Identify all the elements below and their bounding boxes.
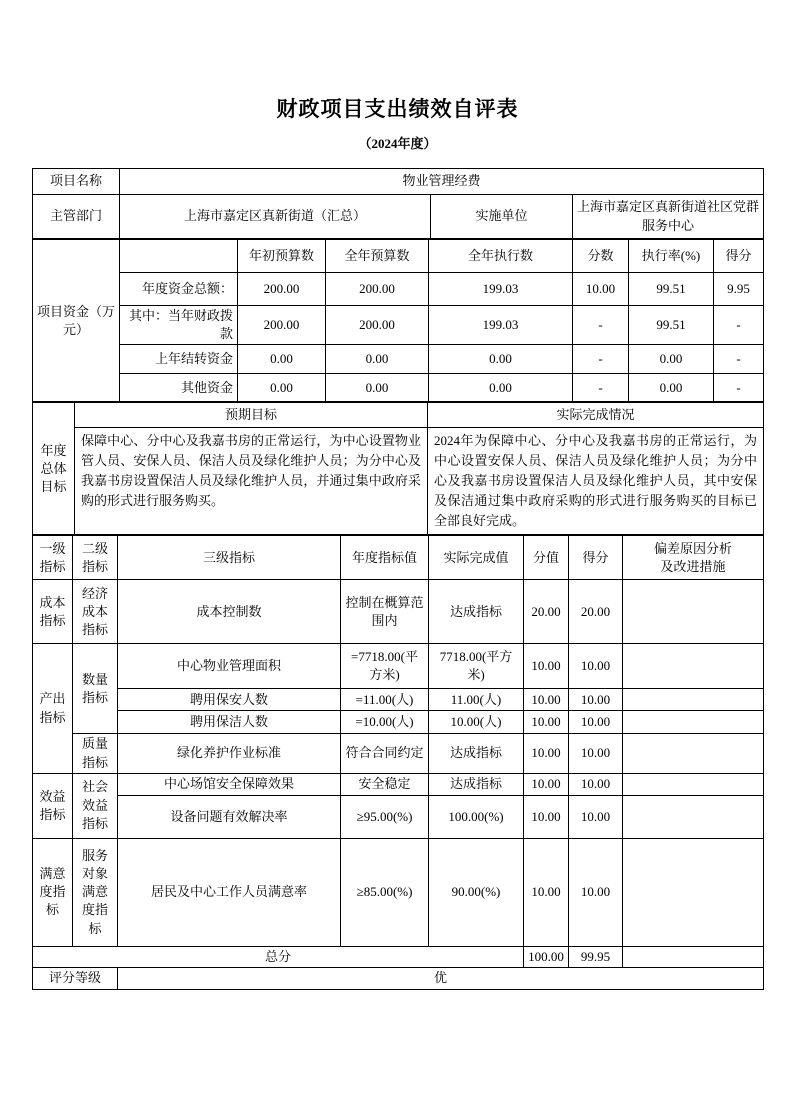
indicator-header-score: 得分 xyxy=(569,536,623,580)
lvl2-indicator-cell: 服务对象满意度指标 xyxy=(73,838,118,946)
funding-value-cell: 0.00 xyxy=(326,374,429,402)
funding-header-empty-cell xyxy=(120,240,238,273)
funding-row-label: 上年结转资金 xyxy=(120,345,238,374)
lvl3-indicator-cell: 聘用保安人数 xyxy=(118,689,341,711)
goal-header-row: 年度总体目标 预期目标 实际完成情况 xyxy=(33,403,764,428)
project-name-value-cell: 物业管理经费 xyxy=(120,169,764,195)
funding-row-label: 年度资金总额： xyxy=(120,273,238,306)
lvl2-indicator-cell: 经济成本指标 xyxy=(73,580,118,644)
funding-header-annual-budget: 全年预算数 xyxy=(326,240,429,273)
lvl2-indicator-cell: 质量指标 xyxy=(73,734,118,773)
indicator-header-target: 年度指标值 xyxy=(341,536,429,580)
lvl1-indicator-cell: 满意度指标 xyxy=(33,838,73,946)
indicator-row: 设备问题有效解决率 ≥95.00(%) 100.00(%) 10.00 10.0… xyxy=(33,795,764,838)
funding-value-cell: 0.00 xyxy=(238,374,326,402)
indicator-row: 聘用保安人数 =11.00(人) 11.00(人) 10.00 10.00 xyxy=(33,689,764,711)
funding-value-cell: 0.00 xyxy=(238,345,326,374)
deviation-cell xyxy=(623,838,764,946)
deviation-cell xyxy=(623,580,764,644)
points-cell: 20.00 xyxy=(524,580,569,644)
points-cell: 10.00 xyxy=(524,711,569,734)
funding-header-points: 分数 xyxy=(573,240,629,273)
lvl1-indicator-cell: 效益指标 xyxy=(33,773,73,838)
indicator-table: 一级指标 二级指标 三级指标 年度指标值 实际完成值 分值 得分 偏差原因分析 … xyxy=(32,535,764,990)
funding-value-cell: 199.03 xyxy=(429,306,573,345)
indicator-header-lvl2: 二级指标 xyxy=(73,536,118,580)
actual-value-cell: 11.00(人) xyxy=(429,689,524,711)
funding-value-cell: - xyxy=(573,374,629,402)
target-value-cell: 安全稳定 xyxy=(341,773,429,795)
rating-row: 评分等级 优 xyxy=(33,967,764,989)
document-page: 财政项目支出绩效自评表 （2024年度） 项目名称 物业管理经费 主管部门 上海… xyxy=(0,0,794,1108)
indicator-row: 聘用保洁人数 =10.00(人) 10.00(人) 10.00 10.00 xyxy=(33,711,764,734)
points-cell: 10.00 xyxy=(524,838,569,946)
total-label-cell: 总分 xyxy=(33,946,524,967)
expected-goal-text-cell: 保障中心、分中心及我嘉书房的正常运行，为中心设置物业管人员、安保人员、保洁人员及… xyxy=(75,428,428,535)
lvl3-indicator-cell: 设备问题有效解决率 xyxy=(118,795,341,838)
score-cell: 10.00 xyxy=(569,795,623,838)
funding-header-executed: 全年执行数 xyxy=(429,240,573,273)
funding-value-cell: 0.00 xyxy=(429,345,573,374)
funding-value-cell: - xyxy=(714,374,764,402)
funding-value-cell: - xyxy=(714,306,764,345)
impl-unit-value-cell: 上海市嘉定区真新街道社区党群服务中心 xyxy=(573,195,764,239)
indicator-header-points: 分值 xyxy=(524,536,569,580)
rating-label-cell: 评分等级 xyxy=(33,967,118,989)
total-points-cell: 100.00 xyxy=(524,946,569,967)
funding-header-initial-budget: 年初预算数 xyxy=(238,240,326,273)
target-value-cell: =11.00(人) xyxy=(341,689,429,711)
lvl3-indicator-cell: 成本控制数 xyxy=(118,580,341,644)
indicator-row: 产出指标 数量指标 中心物业管理面积 =7718.00(平方米) 7718.00… xyxy=(33,644,764,689)
total-score-cell: 99.95 xyxy=(569,946,623,967)
dept-value-cell: 上海市嘉定区真新街道（汇总） xyxy=(120,195,431,239)
funding-value-cell: 0.00 xyxy=(429,374,573,402)
target-value-cell: 控制在概算范围内 xyxy=(341,580,429,644)
actual-value-cell: 达成指标 xyxy=(429,773,524,795)
page-title: 财政项目支出绩效自评表 xyxy=(32,96,763,122)
funding-value-cell: - xyxy=(573,306,629,345)
funding-value-cell: 0.00 xyxy=(629,345,714,374)
actual-completion-header-cell: 实际完成情况 xyxy=(428,403,764,428)
deviation-cell xyxy=(623,734,764,773)
funding-value-cell: 0.00 xyxy=(326,345,429,374)
funding-value-cell: 200.00 xyxy=(238,306,326,345)
indicator-header-lvl3: 三级指标 xyxy=(118,536,341,580)
indicator-header-deviation: 偏差原因分析 及改进措施 xyxy=(623,536,764,580)
total-deviation-cell xyxy=(623,946,764,967)
score-cell: 20.00 xyxy=(569,580,623,644)
funding-value-cell: 99.51 xyxy=(629,273,714,306)
lvl1-indicator-cell: 成本指标 xyxy=(33,580,73,644)
indicator-row: 满意度指标 服务对象满意度指标 居民及中心工作人员满意率 ≥85.00(%) 9… xyxy=(33,838,764,946)
deviation-cell xyxy=(623,773,764,795)
score-cell: 10.00 xyxy=(569,689,623,711)
rating-value-cell: 优 xyxy=(118,967,764,989)
indicator-row: 质量指标 绿化养护作业标准 符合合同约定 达成指标 10.00 10.00 xyxy=(33,734,764,773)
project-name-label-cell: 项目名称 xyxy=(33,169,120,195)
dept-label-cell: 主管部门 xyxy=(33,195,120,239)
actual-completion-text-cell: 2024年为保障中心、分中心及我嘉书房的正常运行，为中心设置安保人员、保洁人员及… xyxy=(428,428,764,535)
deviation-cell xyxy=(623,711,764,734)
target-value-cell: ≥85.00(%) xyxy=(341,838,429,946)
lvl3-indicator-cell: 聘用保洁人数 xyxy=(118,711,341,734)
funding-value-cell: 0.00 xyxy=(629,374,714,402)
funding-row-other: 其他资金 0.00 0.00 0.00 - 0.00 - xyxy=(33,374,764,402)
project-name-row: 项目名称 物业管理经费 xyxy=(33,169,764,195)
score-cell: 10.00 xyxy=(569,711,623,734)
funding-row-fiscal: 其中：当年财政拨款 200.00 200.00 199.03 - 99.51 - xyxy=(33,306,764,345)
funding-value-cell: 200.00 xyxy=(326,306,429,345)
impl-unit-label-cell: 实施单位 xyxy=(431,195,573,239)
funding-table: 项目资金（万元） 年初预算数 全年预算数 全年执行数 分数 执行率(%) 得分 … xyxy=(32,239,764,402)
target-value-cell: =10.00(人) xyxy=(341,711,429,734)
points-cell: 10.00 xyxy=(524,689,569,711)
funding-header-score: 得分 xyxy=(714,240,764,273)
score-cell: 10.00 xyxy=(569,734,623,773)
expected-goal-header-cell: 预期目标 xyxy=(75,403,428,428)
target-value-cell: ≥95.00(%) xyxy=(341,795,429,838)
actual-value-cell: 7718.00(平方米) xyxy=(429,644,524,689)
funding-value-cell: 9.95 xyxy=(714,273,764,306)
indicator-header-lvl1: 一级指标 xyxy=(33,536,73,580)
funding-value-cell: 199.03 xyxy=(429,273,573,306)
actual-value-cell: 90.00(%) xyxy=(429,838,524,946)
annual-goal-label-cell: 年度总体目标 xyxy=(33,403,75,535)
funding-value-cell: - xyxy=(714,345,764,374)
actual-value-cell: 10.00(人) xyxy=(429,711,524,734)
actual-value-cell: 100.00(%) xyxy=(429,795,524,838)
funding-value-cell: 200.00 xyxy=(326,273,429,306)
points-cell: 10.00 xyxy=(524,644,569,689)
deviation-cell xyxy=(623,644,764,689)
basic-info-table: 项目名称 物业管理经费 主管部门 上海市嘉定区真新街道（汇总） 实施单位 上海市… xyxy=(32,168,764,239)
deviation-cell xyxy=(623,689,764,711)
lvl1-indicator-cell: 产出指标 xyxy=(33,644,73,773)
score-cell: 10.00 xyxy=(569,773,623,795)
annual-goal-table: 年度总体目标 预期目标 实际完成情况 保障中心、分中心及我嘉书房的正常运行，为中… xyxy=(32,402,764,535)
lvl2-indicator-cell: 数量指标 xyxy=(73,644,118,734)
funding-value-cell: 200.00 xyxy=(238,273,326,306)
indicator-header-actual: 实际完成值 xyxy=(429,536,524,580)
dept-row: 主管部门 上海市嘉定区真新街道（汇总） 实施单位 上海市嘉定区真新街道社区党群服… xyxy=(33,195,764,239)
actual-value-cell: 达成指标 xyxy=(429,580,524,644)
goal-body-row: 保障中心、分中心及我嘉书房的正常运行，为中心设置物业管人员、安保人员、保洁人员及… xyxy=(33,428,764,535)
funding-row-label: 其中：当年财政拨款 xyxy=(120,306,238,345)
score-cell: 10.00 xyxy=(569,838,623,946)
funding-row-carryover: 上年结转资金 0.00 0.00 0.00 - 0.00 - xyxy=(33,345,764,374)
total-row: 总分 100.00 99.95 xyxy=(33,946,764,967)
target-value-cell: =7718.00(平方米) xyxy=(341,644,429,689)
funding-header-row: 项目资金（万元） 年初预算数 全年预算数 全年执行数 分数 执行率(%) 得分 xyxy=(33,240,764,273)
page-subtitle: （2024年度） xyxy=(32,135,763,153)
lvl3-indicator-cell: 中心场馆安全保障效果 xyxy=(118,773,341,795)
target-value-cell: 符合合同约定 xyxy=(341,734,429,773)
funding-value-cell: - xyxy=(573,345,629,374)
indicator-row: 成本指标 经济成本指标 成本控制数 控制在概算范围内 达成指标 20.00 20… xyxy=(33,580,764,644)
lvl2-indicator-cell: 社会效益指标 xyxy=(73,773,118,838)
funding-row-total: 年度资金总额： 200.00 200.00 199.03 10.00 99.51… xyxy=(33,273,764,306)
actual-value-cell: 达成指标 xyxy=(429,734,524,773)
points-cell: 10.00 xyxy=(524,795,569,838)
lvl3-indicator-cell: 绿化养护作业标准 xyxy=(118,734,341,773)
lvl3-indicator-cell: 中心物业管理面积 xyxy=(118,644,341,689)
funding-value-cell: 99.51 xyxy=(629,306,714,345)
indicator-row: 效益指标 社会效益指标 中心场馆安全保障效果 安全稳定 达成指标 10.00 1… xyxy=(33,773,764,795)
points-cell: 10.00 xyxy=(524,734,569,773)
funding-header-exec-rate: 执行率(%) xyxy=(629,240,714,273)
deviation-cell xyxy=(623,795,764,838)
funding-row-label: 其他资金 xyxy=(120,374,238,402)
funding-value-cell: 10.00 xyxy=(573,273,629,306)
indicator-header-row: 一级指标 二级指标 三级指标 年度指标值 实际完成值 分值 得分 偏差原因分析 … xyxy=(33,536,764,580)
points-cell: 10.00 xyxy=(524,773,569,795)
funding-section-label-cell: 项目资金（万元） xyxy=(33,240,120,402)
lvl3-indicator-cell: 居民及中心工作人员满意率 xyxy=(118,838,341,946)
score-cell: 10.00 xyxy=(569,644,623,689)
